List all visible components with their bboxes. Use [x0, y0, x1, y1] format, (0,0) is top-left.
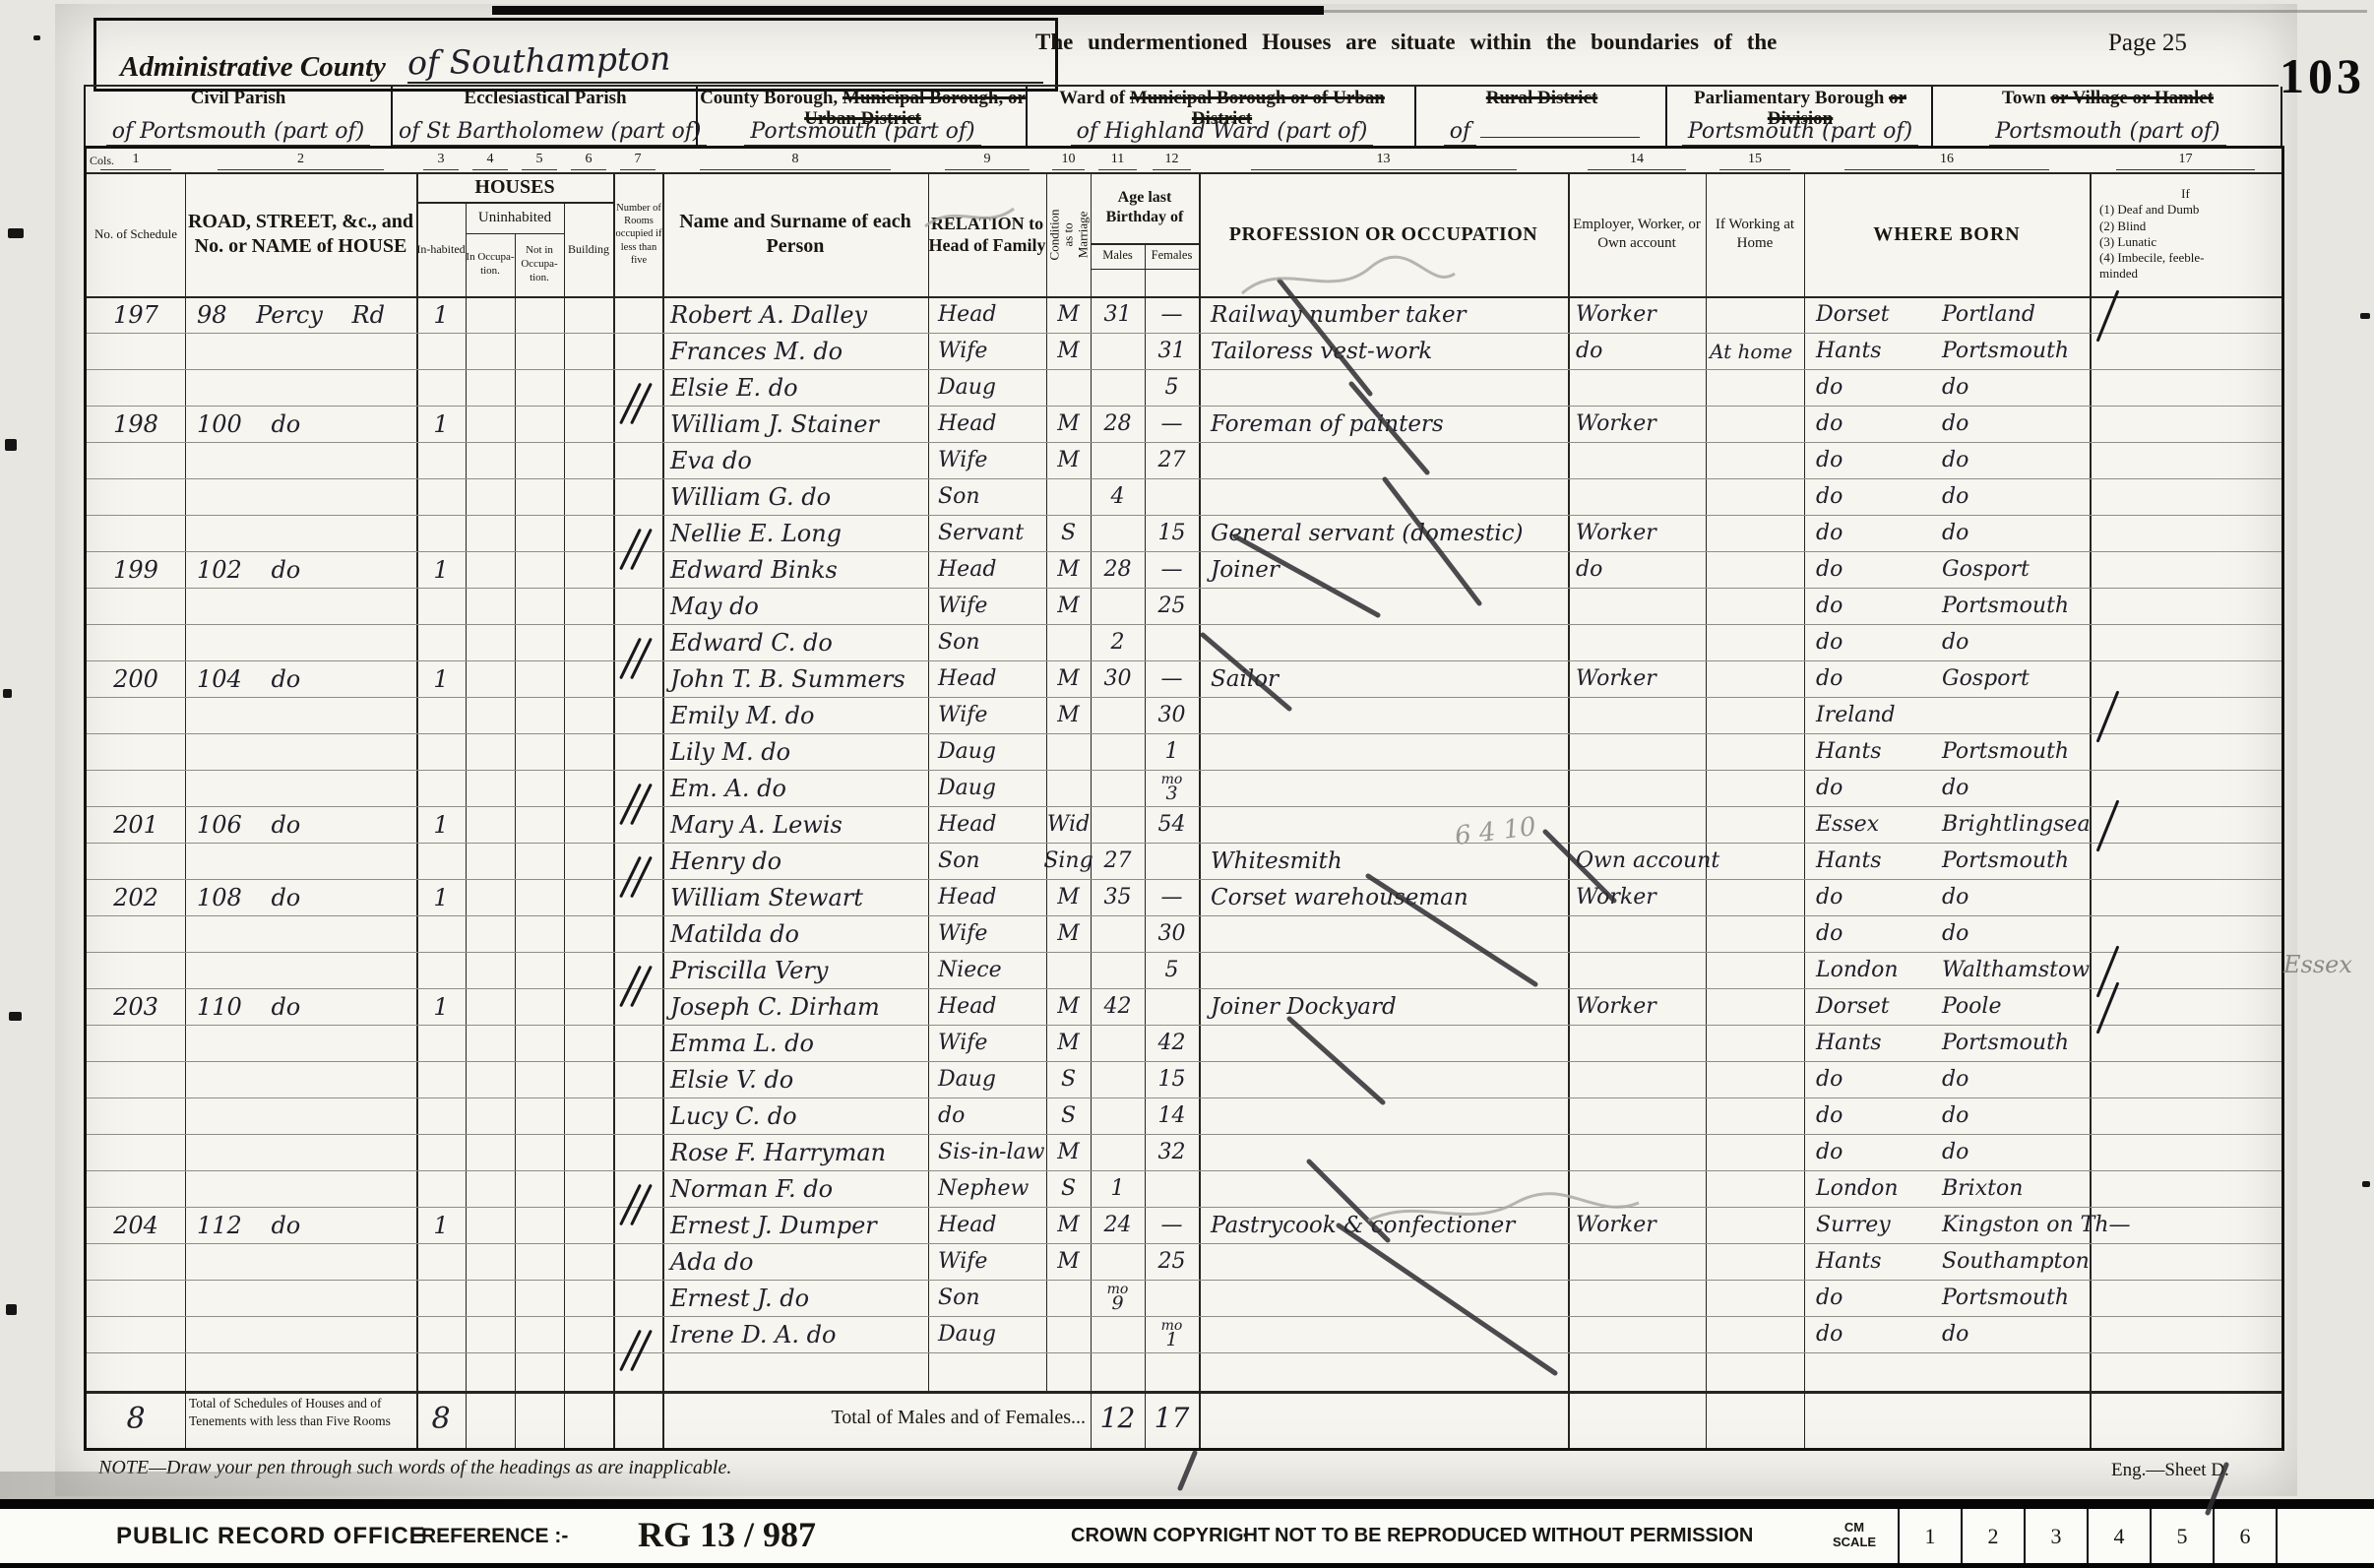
census-table: No. of Schedule ROAD, STREET, &c., and N… — [84, 146, 2284, 1451]
cell-inh: 1 — [416, 406, 466, 442]
census-row-11: 200104 do1John T. B. SummersHeadM30—Sail… — [87, 660, 2281, 697]
col-header-age-group: Age last Birthday of — [1091, 172, 1199, 243]
cell-cond: M — [1046, 1207, 1091, 1243]
cell-cond: M — [1046, 1025, 1091, 1061]
cell-house: 110 do — [185, 988, 428, 1025]
cell-emp: Worker — [1568, 879, 1714, 915]
cell-b1: Hants — [1804, 1243, 1964, 1280]
reference-value: RG 13 / 987 — [638, 1514, 816, 1555]
census-row-7: Nellie E. LongServantS15General servant … — [87, 515, 2281, 551]
cell-af: 54 — [1145, 806, 1199, 843]
cell-name: Henry do — [662, 843, 936, 879]
cell-name: William Stewart — [662, 879, 936, 915]
cell-rel: Nephew — [928, 1170, 1056, 1207]
public-record-office-strip: PUBLIC RECORD OFFICE REFERENCE :- RG 13 … — [0, 1509, 2374, 1563]
cell-am: 30 — [1091, 660, 1145, 697]
cell-b1: London — [1804, 1170, 1964, 1207]
census-row-22: Elsie V. doDaugS15dodo — [87, 1061, 2281, 1098]
reference-label: REFERENCE :- — [421, 1525, 568, 1548]
col-number-5: 5 — [515, 152, 564, 167]
cell-am: 28 — [1091, 406, 1145, 442]
cell-name: Ernest J. do — [662, 1280, 936, 1316]
cell-b2: Kingston on Th— — [1942, 1207, 2090, 1243]
reproduction-notice: NOT TO BE REPRODUCED WITHOUT PERMISSION — [1275, 1525, 1753, 1547]
cell-b1: do — [1804, 551, 1964, 588]
census-row-26: 204112 do1Ernest J. DumperHeadM24—Pastry… — [87, 1207, 2281, 1243]
cell-home: At home — [1706, 333, 1808, 369]
cell-house: 98 Percy Rd — [185, 296, 428, 333]
cell-cond: M — [1046, 697, 1091, 733]
cell-cond: M — [1046, 296, 1091, 333]
cell-emp: Worker — [1568, 515, 1714, 551]
cell-cond: M — [1046, 660, 1091, 697]
census-row-9: May doWifeM25doPortsmouth — [87, 588, 2281, 624]
census-row-12: Emily M. doWifeM30Ireland — [87, 697, 2281, 733]
col-number-14: 14 — [1568, 152, 1706, 167]
cell-b2: do — [1942, 879, 2090, 915]
header-area-4: Ward of Municipal Borough or of Urban Di… — [1026, 87, 1416, 146]
col-number-13: 13 — [1199, 152, 1568, 167]
household-end-mark — [623, 1328, 653, 1375]
cell-af: mo1 — [1145, 1316, 1199, 1352]
cell-am: 2 — [1091, 624, 1145, 660]
header-area-2: Ecclesiastical Parishof St Bartholomew (… — [391, 87, 698, 146]
col-number-2: 2 — [185, 152, 416, 167]
cell-prof: General servant (domestic) — [1199, 515, 1580, 551]
cell-prof: Joiner Dockyard — [1199, 988, 1580, 1025]
ruler-cell: 5 — [2152, 1509, 2215, 1563]
scan-speck — [6, 1304, 17, 1315]
cell-b1: do — [1804, 588, 1964, 624]
cell-rel: Son — [928, 1280, 1056, 1316]
census-row-23: Lucy C. dodoS14dodo — [87, 1098, 2281, 1134]
col-header-infirmity: If(1) Deaf and Dumb(2) Blind(3) Lunatic(… — [2090, 172, 2281, 310]
cell-am: 28 — [1091, 551, 1145, 588]
cell-af: 25 — [1145, 588, 1199, 624]
census-row-13: Lily M. doDaug1HantsPortsmouth — [87, 733, 2281, 770]
grid-hline — [1091, 269, 1199, 270]
cell-b2: Portsmouth — [1942, 588, 2090, 624]
crown-copyright-label: CROWN COPYRIGHT — [1071, 1525, 1270, 1547]
cell-inh: 1 — [416, 296, 466, 333]
cell-prof: Foreman of painters — [1199, 406, 1580, 442]
cell-prof: Railway number taker — [1199, 296, 1580, 333]
cell-b1: do — [1804, 1098, 1964, 1134]
cell-cond: M — [1046, 915, 1091, 952]
header-area-1: Civil Parishof Portsmouth (part of) — [86, 87, 391, 146]
cell-name: Frances M. do — [662, 333, 936, 369]
cell-af: 32 — [1145, 1134, 1199, 1170]
cell-rel: Head — [928, 660, 1056, 697]
cell-af: — — [1145, 660, 1199, 697]
cell-af: 31 — [1145, 333, 1199, 369]
cm-ruler: 1 2 3 4 5 6 — [1898, 1509, 2278, 1563]
cell-inh: 1 — [416, 988, 466, 1025]
cell-b1: do — [1804, 1316, 1964, 1352]
cell-sch: 199 — [87, 551, 185, 588]
cell-rel: Daug — [928, 369, 1056, 406]
cell-b2: Poole — [1942, 988, 2090, 1025]
cell-af: 30 — [1145, 915, 1199, 952]
cell-rel: Niece — [928, 952, 1056, 988]
strip-bottom-border — [0, 1563, 2374, 1568]
cell-b1: do — [1804, 770, 1964, 806]
scan-speck — [9, 1012, 22, 1021]
cell-am: 1 — [1091, 1170, 1145, 1207]
totals-males-females-label: Total of Males and of Females... — [662, 1391, 1090, 1445]
col-number-16: 16 — [1804, 152, 2090, 167]
cell-b1: do — [1804, 1061, 1964, 1098]
census-row-27: Ada doWifeM25HantsSouthampton — [87, 1243, 2281, 1280]
cell-inh: 1 — [416, 1207, 466, 1243]
cell-name: Emily M. do — [662, 697, 936, 733]
cell-b1: do — [1804, 515, 1964, 551]
cell-b2: Portsmouth — [1942, 1280, 2090, 1316]
area-value: Portsmouth (part of) — [1667, 119, 1933, 146]
cell-b1: Ireland — [1804, 697, 1964, 733]
census-row-25: Norman F. doNephewS1LondonBrixton — [87, 1170, 2281, 1207]
cell-rel: Son — [928, 478, 1056, 515]
cell-name: Robert A. Dalley — [662, 296, 936, 333]
cell-cond: Wid — [1046, 806, 1091, 843]
cell-prof: Whitesmith — [1199, 843, 1580, 879]
col-number-3: 3 — [416, 152, 466, 167]
column-numbers-row: Cols.1234567891011121314151617 — [87, 149, 2281, 172]
grid-hline — [416, 202, 613, 204]
cell-inh: 1 — [416, 660, 466, 697]
cell-b1: Hants — [1804, 1025, 1964, 1061]
census-row-19: Priscilla VeryNiece5LondonWalthamstow — [87, 952, 2281, 988]
cell-prof: Pastrycook & confectioner — [1199, 1207, 1580, 1243]
ruler-cell: 6 — [2215, 1509, 2278, 1563]
cell-inh: 1 — [416, 806, 466, 843]
cell-prof: Corset warehouseman — [1199, 879, 1580, 915]
cell-name: John T. B. Summers — [662, 660, 936, 697]
cell-b2: do — [1942, 478, 2090, 515]
totals-females: 17 — [1145, 1391, 1199, 1445]
area-value: of — [1416, 119, 1667, 146]
cell-b2: Portsmouth — [1942, 333, 2090, 369]
admin-county-label: Administrative County — [120, 51, 386, 84]
cell-b1: do — [1804, 1134, 1964, 1170]
cell-rel: Head — [928, 879, 1056, 915]
cell-name: Lucy C. do — [662, 1098, 936, 1134]
cell-prof: Tailoress vest-work — [1199, 333, 1580, 369]
cell-rel: Daug — [928, 733, 1056, 770]
cell-am: mo9 — [1091, 1280, 1145, 1316]
cell-b2: Gosport — [1942, 660, 2090, 697]
col-number-10: 10 — [1046, 152, 1091, 167]
cell-emp: Worker — [1568, 406, 1714, 442]
col-header-at-home: If Working at Home — [1706, 172, 1804, 296]
area-value: of Portsmouth (part of) — [86, 119, 391, 146]
cell-b1: do — [1804, 1280, 1964, 1316]
col-number-7: 7 — [613, 152, 662, 167]
cell-rel: Wife — [928, 1243, 1056, 1280]
cell-rel: Head — [928, 806, 1056, 843]
cell-am: 27 — [1091, 843, 1145, 879]
cm-scale-label: CMSCALE — [1833, 1521, 1876, 1550]
cell-name: May do — [662, 588, 936, 624]
census-row-20: 203110 do1Joseph C. DirhamHeadM42Joiner … — [87, 988, 2281, 1025]
cell-rel: Wife — [928, 442, 1056, 478]
cell-house: 106 do — [185, 806, 428, 843]
cell-cond: S — [1046, 1098, 1091, 1134]
cell-b2: Portsmouth — [1942, 843, 2090, 879]
census-row-24: Rose F. HarrymanSis-in-lawM32dodo — [87, 1134, 2281, 1170]
cell-af: 15 — [1145, 515, 1199, 551]
cell-name: Lily M. do — [662, 733, 936, 770]
cell-am: 42 — [1091, 988, 1145, 1025]
strip-top-border — [0, 1499, 2374, 1509]
cell-rel: Son — [928, 624, 1056, 660]
col-header-building: Building — [564, 202, 613, 296]
scan-smudge — [0, 1472, 748, 1499]
totals-inhabited-value: 8 — [416, 1393, 466, 1445]
census-row-10: Edward C. doSon2dodo — [87, 624, 2281, 660]
cell-am: 35 — [1091, 879, 1145, 915]
cell-rel: Daug — [928, 1061, 1056, 1098]
cell-b2: do — [1942, 1098, 2090, 1134]
cell-name: Em. A. do — [662, 770, 936, 806]
cell-cond: M — [1046, 551, 1091, 588]
grid-hline — [87, 1352, 2281, 1353]
totals-schedules-label: Total of Schedules of Houses and of Tene… — [189, 1395, 413, 1429]
col-header-road: ROAD, STREET, &c., and No. or NAME of HO… — [185, 172, 416, 296]
cell-af: — — [1145, 551, 1199, 588]
cell-emp: Worker — [1568, 296, 1714, 333]
cell-af: — — [1145, 1207, 1199, 1243]
census-row-15: 201106 do1Mary A. LewisHeadWid54EssexBri… — [87, 806, 2281, 843]
cell-sch: 202 — [87, 879, 185, 915]
cell-emp: do — [1568, 333, 1714, 369]
cell-af: 5 — [1145, 952, 1199, 988]
scan-speck — [2362, 1181, 2370, 1187]
census-row-1: 19798 Percy Rd1Robert A. DalleyHeadM31—R… — [87, 296, 2281, 333]
census-row-18: Matilda doWifeM30dodo — [87, 915, 2281, 952]
col-header-profession: PROFESSION OR OCCUPATION — [1199, 172, 1568, 296]
cell-emp: Worker — [1568, 1207, 1714, 1243]
sheet-label: Eng.—Sheet D. — [2111, 1460, 2229, 1481]
scan-edge-bar — [492, 6, 1324, 15]
col-header-rooms: Number of Rooms occupied if less than fi… — [613, 172, 664, 296]
col-number-12: 12 — [1145, 152, 1199, 167]
cell-name: Norman F. do — [662, 1170, 936, 1207]
cell-name: Joseph C. Dirham — [662, 988, 936, 1025]
pro-office-label: PUBLIC RECORD OFFICE — [116, 1523, 426, 1550]
cell-af: 25 — [1145, 1243, 1199, 1280]
cell-af: — — [1145, 296, 1199, 333]
cell-b2: Portland — [1942, 296, 2090, 333]
census-row-29: Irene D. A. doDaugmo1dodo — [87, 1316, 2281, 1352]
grid-hline — [1091, 243, 1199, 245]
cell-b2: do — [1942, 1316, 2090, 1352]
cell-name: Irene D. A. do — [662, 1316, 936, 1352]
col-header-schedule: No. of Schedule — [87, 172, 185, 296]
cell-emp: do — [1568, 551, 1714, 588]
col-number-6: 6 — [564, 152, 613, 167]
cell-b2: do — [1942, 1134, 2090, 1170]
cell-rel: Wife — [928, 1025, 1056, 1061]
cell-b1: do — [1804, 879, 1964, 915]
cell-af: 30 — [1145, 697, 1199, 733]
cell-rel: Son — [928, 843, 1056, 879]
header-areas-row: Civil Parishof Portsmouth (part of)Eccle… — [84, 87, 2282, 146]
cell-b2: do — [1942, 1061, 2090, 1098]
cell-name: Eva do — [662, 442, 936, 478]
area-label: Town or Village or Hamlet — [1933, 87, 2282, 108]
cell-name: Nellie E. Long — [662, 515, 936, 551]
cell-af: 27 — [1145, 442, 1199, 478]
col-header-not-in-occupation: Not in Occupa-tion. — [515, 233, 564, 296]
cell-b2: Brightlingsea — [1942, 806, 2090, 843]
ruler-cell: 4 — [2089, 1509, 2152, 1563]
cell-cond: M — [1046, 1243, 1091, 1280]
grid-hline — [87, 172, 2281, 174]
col-number-1: 1 — [87, 152, 185, 167]
cell-b2: Southampton — [1942, 1243, 2090, 1280]
col-header-males: Males — [1091, 243, 1145, 269]
cell-b2: do — [1942, 406, 2090, 442]
situate-line: The undermentioned Houses are situate wi… — [1035, 30, 1921, 55]
scan-speck — [5, 439, 17, 451]
cell-rel: Wife — [928, 697, 1056, 733]
col-number-9: 9 — [928, 152, 1046, 167]
cell-b1: do — [1804, 406, 1964, 442]
cell-b1: do — [1804, 369, 1964, 406]
cell-rel: Head — [928, 1207, 1056, 1243]
cell-am: 24 — [1091, 1207, 1145, 1243]
cell-b2: do — [1942, 770, 2090, 806]
cell-cond: M — [1046, 442, 1091, 478]
cell-cond: M — [1046, 1134, 1091, 1170]
cell-rel: Daug — [928, 1316, 1056, 1352]
census-row-2: Frances M. doWifeM31Tailoress vest-workd… — [87, 333, 2281, 369]
census-row-17: 202108 do1William StewartHeadM35—Corset … — [87, 879, 2281, 915]
cell-house: 108 do — [185, 879, 428, 915]
cell-rel: Head — [928, 296, 1056, 333]
header-area-7: Town or Village or HamletPortsmouth (par… — [1931, 87, 2282, 146]
col-header-name: Name and Surname of each Person — [662, 172, 928, 296]
cell-b1: London — [1804, 952, 1964, 988]
census-row-14: Em. A. doDaugmo3dodo — [87, 770, 2281, 806]
cell-af: — — [1145, 406, 1199, 442]
cell-prof: Sailor — [1199, 660, 1580, 697]
cell-name: Ada do — [662, 1243, 936, 1280]
separator-dot: · — [1242, 1523, 1250, 1550]
page-number: Page 25 — [2108, 30, 2187, 57]
cell-rel: Head — [928, 988, 1056, 1025]
col-header-uninhabited-group: Uninhabited — [466, 202, 564, 233]
cell-af: — — [1145, 879, 1199, 915]
cell-name: Elsie E. do — [662, 369, 936, 406]
cell-b1: Dorset — [1804, 988, 1964, 1025]
cell-sch: 201 — [87, 806, 185, 843]
cell-b1: Essex — [1804, 806, 1964, 843]
cell-sch: 200 — [87, 660, 185, 697]
administrative-county-box: Administrative County of Southampton — [94, 18, 1058, 92]
cell-af: 42 — [1145, 1025, 1199, 1061]
cell-cond: M — [1046, 879, 1091, 915]
cell-rel: Wife — [928, 588, 1056, 624]
cell-prof: Joiner — [1199, 551, 1580, 588]
census-row-28: Ernest J. doSonmo9doPortsmouth — [87, 1280, 2281, 1316]
cell-name: William G. do — [662, 478, 936, 515]
cell-house: 100 do — [185, 406, 428, 442]
cell-af: 14 — [1145, 1098, 1199, 1134]
cell-sch: 204 — [87, 1207, 185, 1243]
admin-county-value: of Southampton — [407, 39, 671, 85]
ruler-cell: 1 — [1900, 1509, 1963, 1563]
col-header-where-born: WHERE BORN — [1804, 172, 2090, 296]
cell-cond: Sing — [1046, 843, 1091, 879]
col-header-relation: RELATION to Head of Family — [928, 172, 1046, 296]
scan-speck — [8, 228, 24, 238]
cell-af: 15 — [1145, 1061, 1199, 1098]
cell-b2: do — [1942, 515, 2090, 551]
cell-name: Edward C. do — [662, 624, 936, 660]
header-area-3: County Borough, Municipal Borough, or Ur… — [696, 87, 1028, 146]
census-row-21: Emma L. doWifeM42HantsPortsmouth — [87, 1025, 2281, 1061]
cell-b1: Surrey — [1804, 1207, 1964, 1243]
cell-cond: S — [1046, 515, 1091, 551]
cell-inh: 1 — [416, 879, 466, 915]
cell-b2: Gosport — [1942, 551, 2090, 588]
census-row-16: Henry doSonSing27WhitesmithOwn accountHa… — [87, 843, 2281, 879]
margin-note: Essex — [2283, 951, 2352, 978]
cell-b2: Portsmouth — [1942, 1025, 2090, 1061]
cell-b2: do — [1942, 624, 2090, 660]
census-row-6: William G. doSon4dodo — [87, 478, 2281, 515]
cell-name: Emma L. do — [662, 1025, 936, 1061]
census-row-5: Eva doWifeM27dodo — [87, 442, 2281, 478]
cell-b1: do — [1804, 478, 1964, 515]
cell-name: William J. Stainer — [662, 406, 936, 442]
cell-house: 104 do — [185, 660, 428, 697]
census-row-4: 198100 do1William J. StainerHeadM28—Fore… — [87, 406, 2281, 442]
cell-name: Elsie V. do — [662, 1061, 936, 1098]
cell-name: Matilda do — [662, 915, 936, 952]
cell-b1: Hants — [1804, 733, 1964, 770]
cell-rel: Sis-in-law — [928, 1134, 1056, 1170]
cell-sch: 203 — [87, 988, 185, 1025]
cell-name: Rose F. Harryman — [662, 1134, 936, 1170]
area-value: Portsmouth (part of) — [1933, 119, 2282, 146]
census-row-8: 199102 do1Edward BinksHeadM28—Joinerdodo… — [87, 551, 2281, 588]
col-header-females: Females — [1145, 243, 1199, 269]
col-header-condition: Condition as to Marriage — [1046, 172, 1091, 296]
totals-schedules-value: 8 — [87, 1393, 185, 1445]
cell-b1: Hants — [1804, 333, 1964, 369]
ruler-cell: 2 — [1963, 1509, 2026, 1563]
cell-name: Ernest J. Dumper — [662, 1207, 936, 1243]
col-number-15: 15 — [1706, 152, 1804, 167]
cell-af: mo3 — [1145, 770, 1199, 806]
col-number-4: 4 — [466, 152, 515, 167]
scan-speck — [33, 35, 40, 40]
ruler-cell: 3 — [2026, 1509, 2089, 1563]
cell-rel: Servant — [928, 515, 1056, 551]
cell-b2: Brixton — [1942, 1170, 2090, 1207]
cell-cond: M — [1046, 333, 1091, 369]
cell-b2: do — [1942, 915, 2090, 952]
cell-name: Priscilla Very — [662, 952, 936, 988]
cell-cond: M — [1046, 588, 1091, 624]
census-row-3: Elsie E. doDaug5dodo — [87, 369, 2281, 406]
cell-cond: S — [1046, 1061, 1091, 1098]
area-value: of St Bartholomew (part of) — [393, 119, 698, 146]
cell-b2: do — [1942, 369, 2090, 406]
